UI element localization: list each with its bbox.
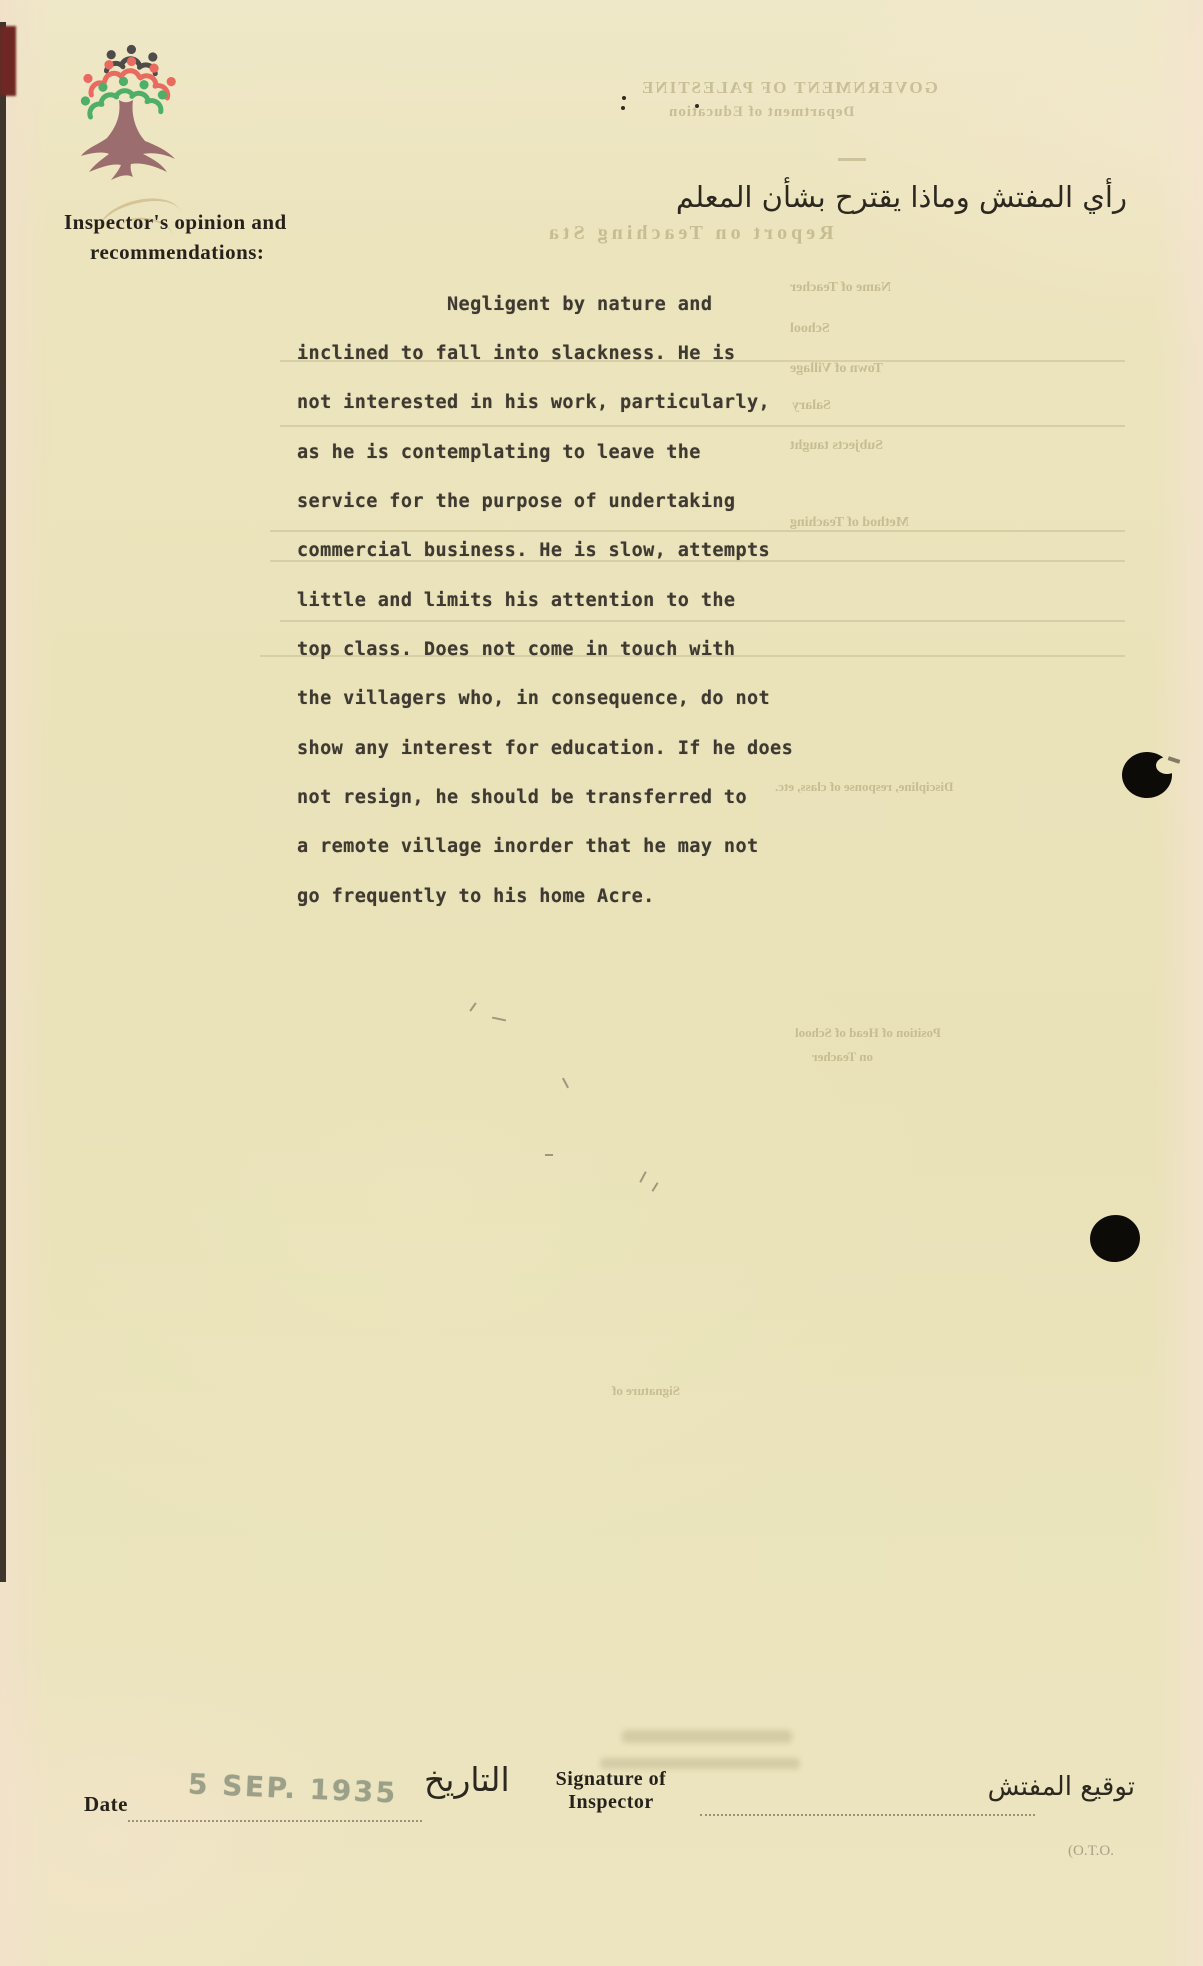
tree-of-people-logo [70,44,188,194]
typed-line: go frequently to his home Acre. [297,886,655,907]
pencil-mark [639,1171,646,1183]
bleedthrough-salary: Salary [792,398,831,414]
signature-arabic-label: توقيع المفتش [988,1772,1135,1802]
bleedthrough-school: School [790,321,830,337]
bleedthrough-method-of-teaching: Method of Teaching [790,515,909,531]
date-label: Date [84,1792,128,1817]
typed-line: not resign, he should be transferred to [297,787,747,808]
ink-speck [621,106,625,110]
typed-line: commercial business. He is slow, attempt… [297,540,770,561]
typed-line: a remote village inorder that he may not [297,836,759,857]
typed-line: Negligent by nature and [447,294,712,315]
pencil-mark [652,1182,659,1192]
bleedthrough-line [280,425,1125,427]
ink-speck [695,104,699,108]
ink-blot-bottom [1087,1212,1143,1266]
bleedthrough-smudge [622,1730,792,1743]
pencil-mark [492,1017,506,1022]
signature-label: Signature of Inspector [538,1768,684,1814]
typed-line: little and limits his attention to the [297,590,735,611]
signature-label-line1: Signature of [538,1768,684,1791]
typed-line: service for the purpose of undertaking [297,491,735,512]
typed-line: show any interest for education. If he d… [297,738,793,759]
inspector-opinion-arabic-title: رأي المفتش وماذا يقترح بشأن المعلم [676,180,1127,214]
pencil-mark [469,1002,476,1011]
typed-line: top class. Does not come in touch with [297,639,735,660]
typed-line: the villagers who, in consequence, do no… [297,688,770,709]
bleedthrough-rule [838,158,866,161]
bleedthrough-position-of-head: Position of Head of School [795,1025,941,1041]
inspector-opinion-label-line2: recommendations: [90,240,264,265]
bleedthrough-line [270,530,1125,532]
signature-dotted-line [700,1814,1035,1816]
pencil-mark [562,1078,569,1089]
bleedthrough-subjects-taught: Subjects taught [790,438,883,454]
bleedthrough-report-title: Report on Teaching Sta [545,222,834,245]
signature-label-line2: Inspector [538,1791,684,1814]
document-page: Inspector's opinion and recommendations:… [0,0,1203,1966]
typed-line: not interested in his work, particularly… [297,392,770,413]
pencil-mark [545,1154,553,1156]
date-stamp: 5 SEP. 1935 [187,1767,398,1809]
scan-edge-shadow [0,22,6,1582]
corner-note: (O.T.O. [1068,1843,1114,1860]
inspector-opinion-label-line1: Inspector's opinion and [64,210,287,235]
bleedthrough-on-teacher: on Teacher [812,1049,873,1065]
date-dotted-line [128,1820,422,1822]
bleedthrough-signature-of: Signature of [612,1383,680,1399]
bleedthrough-town-of-village: Town of Village [790,361,883,377]
ink-speck [622,96,626,100]
bleedthrough-line [280,620,1125,622]
bleedthrough-name-of-teacher: Name of Teacher [790,280,891,296]
date-arabic-label: التاريخ [424,1760,510,1799]
scan-edge-red-mark [0,26,16,96]
typed-line: as he is contemplating to leave the [297,442,701,463]
bleedthrough-discipline: Discipline, response of class, etc. [775,779,954,795]
typed-line: inclined to fall into slackness. He is [297,343,735,364]
bleedthrough-government-of-palestine: GOVERNMENT OF PALESTINE [640,78,938,98]
